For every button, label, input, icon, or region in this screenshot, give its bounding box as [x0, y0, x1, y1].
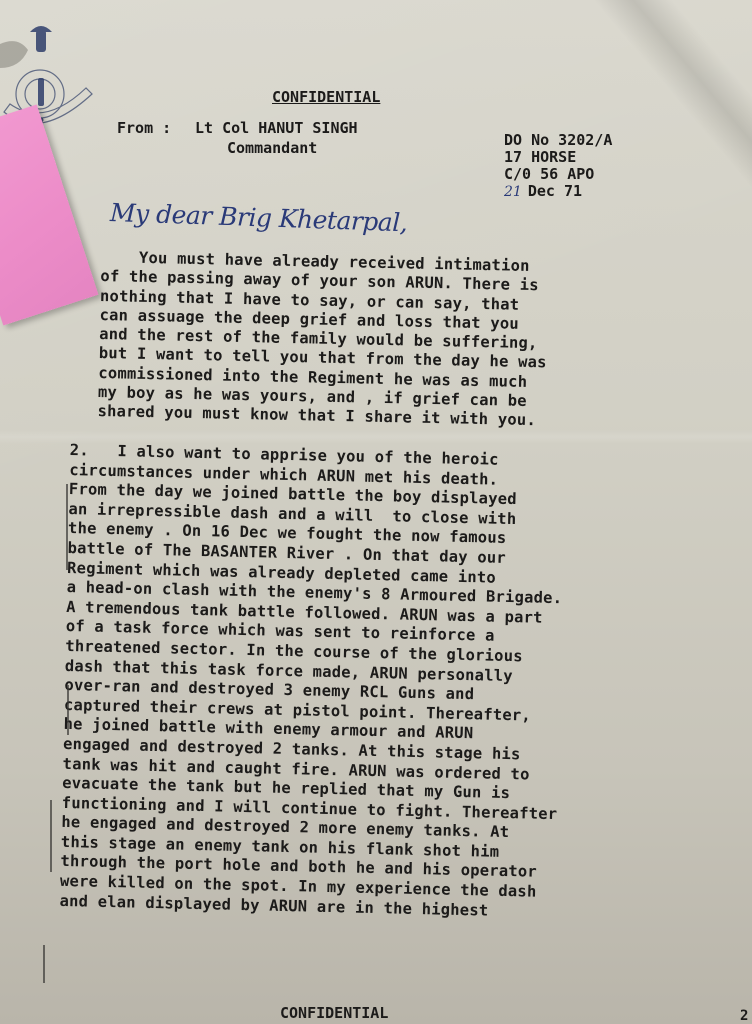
classification-header: CONFIDENTIAL — [272, 88, 380, 106]
pink-sticky-note — [0, 104, 98, 325]
army-crest-icon — [0, 16, 100, 126]
letter-date: 21Dec 71 — [504, 183, 612, 201]
paragraph-2: 2. I also want to apprise you of the her… — [59, 441, 565, 922]
sender-block: From :Lt Col HANUT SINGH Commandant — [117, 118, 358, 158]
from-label: From : — [117, 118, 195, 138]
date-day-handwritten: 21 — [504, 184, 522, 200]
page-number: 2 — [740, 1008, 748, 1024]
handwritten-salutation: My dear Brig Khetarpal, — [109, 198, 407, 237]
sender-name: Lt Col HANUT SINGH — [195, 119, 358, 137]
margin-mark — [66, 484, 68, 570]
margin-mark — [67, 685, 69, 735]
apo-address: C/0 56 APO — [504, 166, 612, 183]
sender-title: Commandant — [117, 138, 358, 158]
margin-mark — [50, 800, 52, 872]
do-number: DO No 3202/A — [504, 132, 612, 149]
margin-mark — [43, 945, 45, 983]
classification-footer: CONFIDENTIAL — [280, 1004, 388, 1022]
reference-block: DO No 3202/A 17 HORSE C/0 56 APO 21Dec 7… — [504, 132, 612, 201]
date-month-year: Dec 71 — [528, 182, 582, 200]
unit-name: 17 HORSE — [504, 149, 612, 166]
letter-page: CONFIDENTIAL From :Lt Col HANUT SINGH Co… — [0, 0, 752, 1024]
paragraph-1: You must have already received intimatio… — [97, 248, 549, 431]
